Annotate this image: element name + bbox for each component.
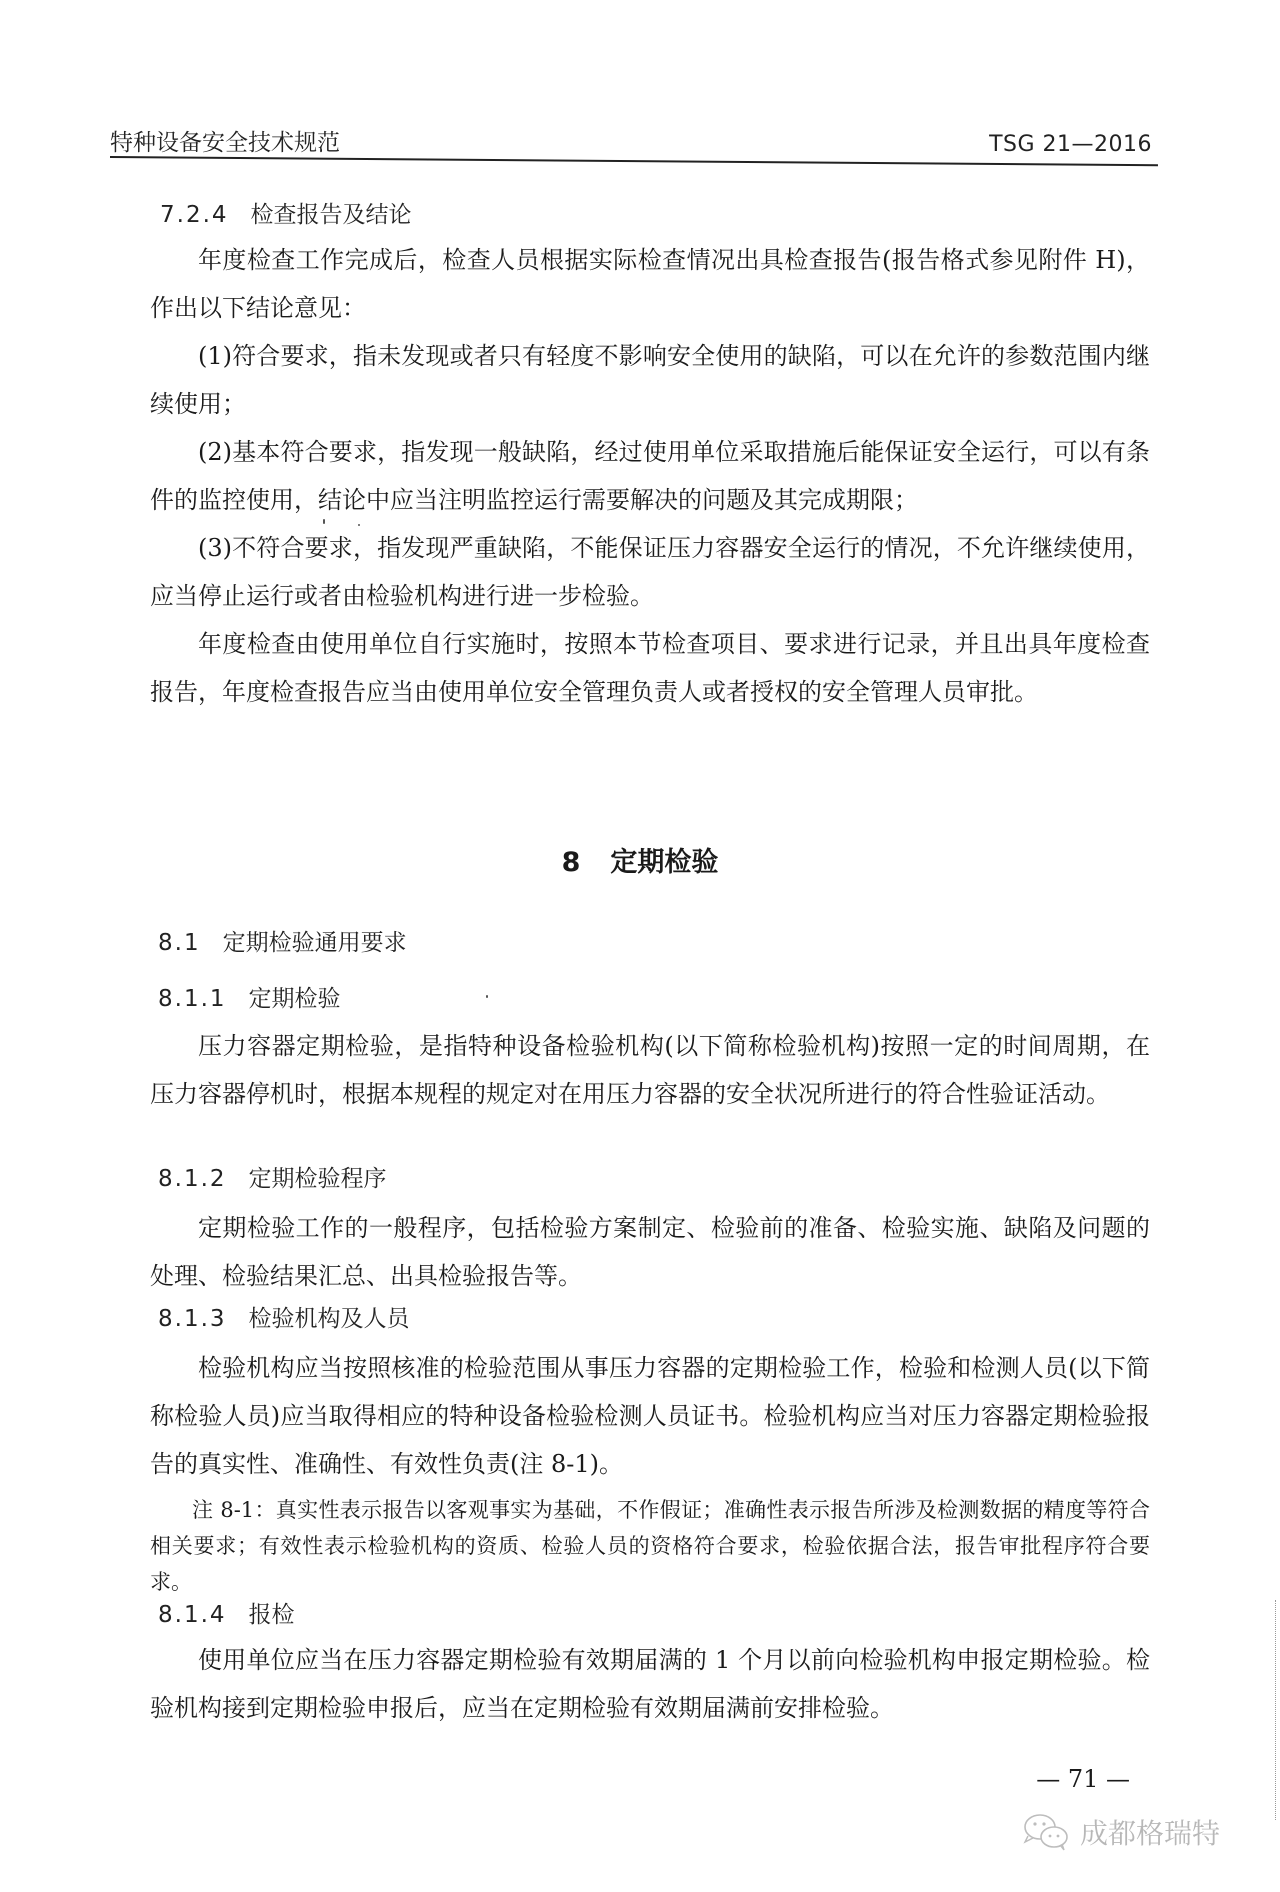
section-number: 8.1.1 xyxy=(158,986,227,1012)
section-number: 8.1 xyxy=(158,930,201,956)
paragraph: 年度检查由使用单位自行实施时，按照本节检查项目、要求进行记录，并且出具年度检查报… xyxy=(150,620,1150,716)
page-number: — 71 — xyxy=(1036,1765,1130,1793)
section-number: 8.1.4 xyxy=(158,1602,227,1628)
section-heading-8-1-2: 8.1.2定期检验程序 xyxy=(158,1160,387,1193)
section-body-8-1-3: 检验机构应当按照核准的检验范围从事压力容器的定期检验工作，检验和检测人员(以下简… xyxy=(150,1344,1150,1600)
paragraph: 定期检验工作的一般程序，包括检验方案制定、检验前的准备、检验实施、缺陷及问题的处… xyxy=(150,1204,1150,1300)
watermark: 成都格瑞特 xyxy=(1022,1812,1220,1852)
section-body-8-1-4: 使用单位应当在压力容器定期检验有效期届满的 1 个月以前向检验机构申报定期检验。… xyxy=(150,1636,1150,1732)
section-heading-8-1-4: 8.1.4报检 xyxy=(158,1596,295,1629)
section-heading-8-1-3: 8.1.3检验机构及人员 xyxy=(158,1300,410,1333)
section-number: 8.1.3 xyxy=(158,1306,227,1332)
section-number: 8.1.2 xyxy=(158,1166,227,1192)
section-heading-7-2-4: 7.2.4检查报告及结论 xyxy=(160,196,412,229)
section-heading-8-1: 8.1定期检验通用要求 xyxy=(158,924,407,957)
scan-edge xyxy=(1275,1600,1278,1820)
section-title: 定期检验 xyxy=(249,986,341,1012)
section-heading-8-1-1: 8.1.1定期检验 xyxy=(158,980,341,1013)
section-title: 定期检验程序 xyxy=(249,1166,387,1192)
watermark-text: 成都格瑞特 xyxy=(1080,1812,1220,1852)
chapter-title: 定期检验 xyxy=(610,847,718,878)
paragraph: (3)不符合要求，指发现严重缺陷，不能保证压力容器安全运行的情况，不允许继续使用… xyxy=(150,524,1150,620)
section-title: 检验机构及人员 xyxy=(249,1306,410,1332)
paragraph: 使用单位应当在压力容器定期检验有效期届满的 1 个月以前向检验机构申报定期检验。… xyxy=(150,1636,1150,1732)
wechat-icon xyxy=(1022,1812,1072,1852)
paragraph: 压力容器定期检验，是指特种设备检验机构(以下简称检验机构)按照一定的时间周期，在… xyxy=(150,1022,1150,1118)
scan-speck xyxy=(358,524,360,526)
paragraph: 年度检查工作完成后，检查人员根据实际检查情况出具检查报告(报告格式参见附件 H)… xyxy=(150,236,1150,332)
section-number: 7.2.4 xyxy=(160,202,229,228)
scan-speck xyxy=(323,519,325,524)
header-series-title: 特种设备安全技术规范 xyxy=(110,124,340,157)
document-page: 特种设备安全技术规范 TSG 21—2016 7.2.4检查报告及结论 年度检查… xyxy=(0,0,1280,1892)
footnote-8-1: 注 8-1：真实性表示报告以客观事实为基础，不作假证；准确性表示报告所涉及检测数… xyxy=(150,1492,1150,1600)
section-body-7-2-4: 年度检查工作完成后，检查人员根据实际检查情况出具检查报告(报告格式参见附件 H)… xyxy=(150,236,1150,716)
section-body-8-1-1: 压力容器定期检验，是指特种设备检验机构(以下简称检验机构)按照一定的时间周期，在… xyxy=(150,1022,1150,1118)
chapter-number: 8 xyxy=(562,847,581,878)
section-body-8-1-2: 定期检验工作的一般程序，包括检验方案制定、检验前的准备、检验实施、缺陷及问题的处… xyxy=(150,1204,1150,1300)
header-standard-code: TSG 21—2016 xyxy=(989,132,1152,157)
paragraph: (2)基本符合要求，指发现一般缺陷，经过使用单位采取措施后能保证安全运行，可以有… xyxy=(150,428,1150,524)
section-title: 报检 xyxy=(249,1602,295,1628)
section-title: 定期检验通用要求 xyxy=(223,930,407,956)
chapter-heading-8: 8定期检验 xyxy=(0,840,1280,879)
paragraph: 检验机构应当按照核准的检验范围从事压力容器的定期检验工作，检验和检测人员(以下简… xyxy=(150,1344,1150,1488)
section-title: 检查报告及结论 xyxy=(251,202,412,228)
paragraph: (1)符合要求，指未发现或者只有轻度不影响安全使用的缺陷，可以在允许的参数范围内… xyxy=(150,332,1150,428)
scan-speck xyxy=(486,995,488,998)
